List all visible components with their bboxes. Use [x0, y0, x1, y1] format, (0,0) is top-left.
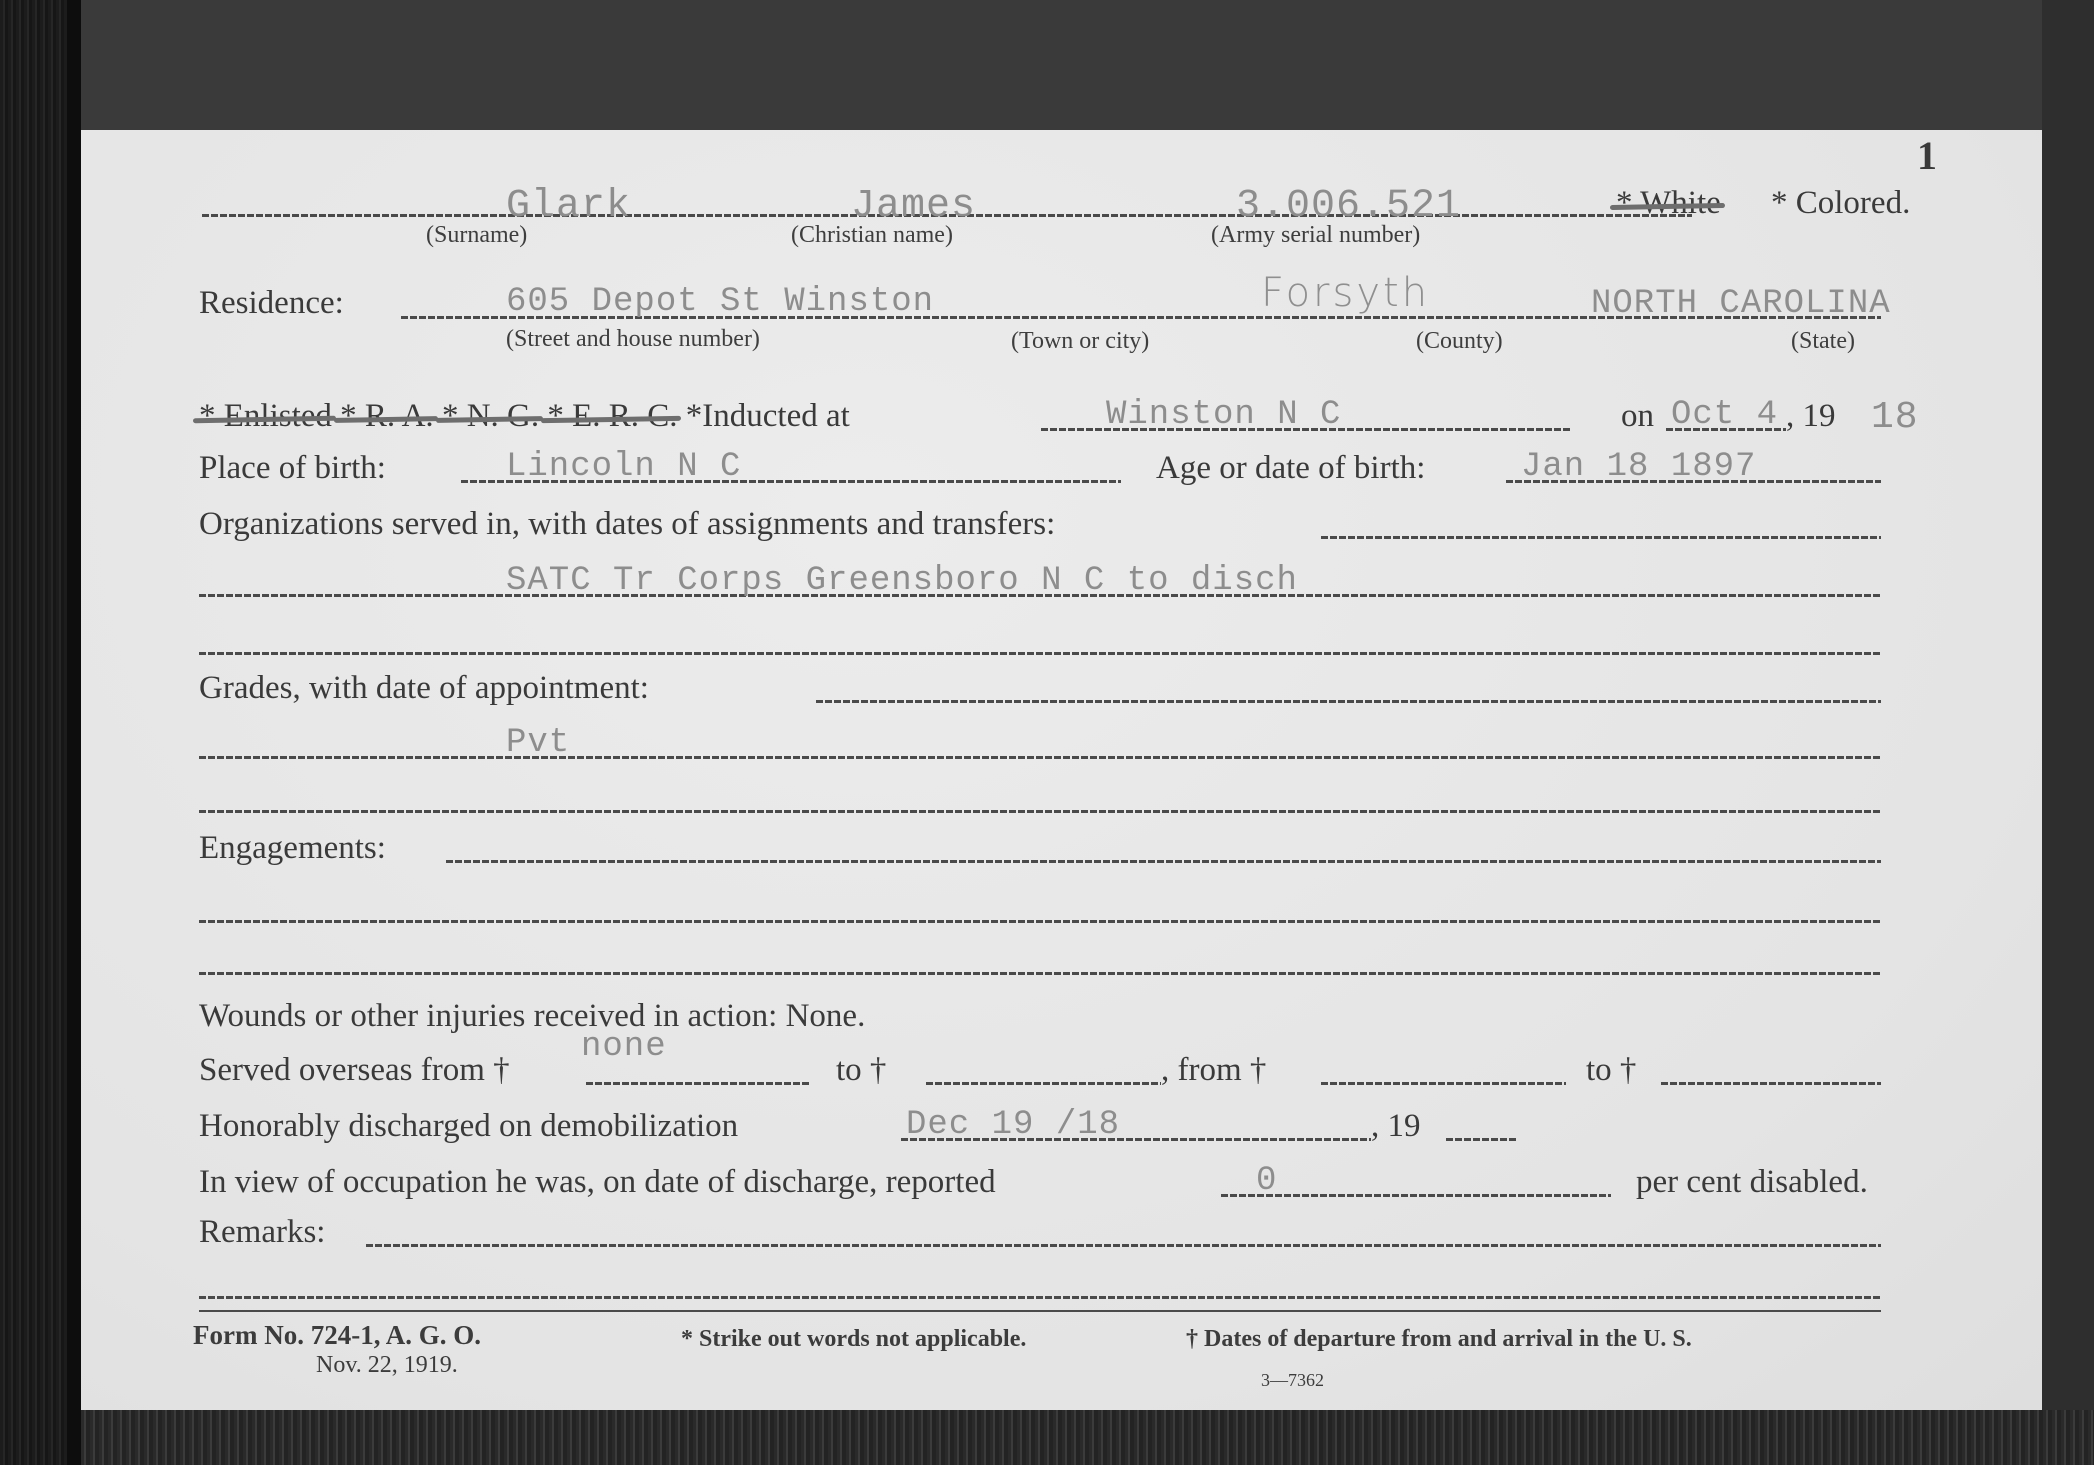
- dagger-note: † Dates of departure from and arrival in…: [1186, 1326, 1692, 1353]
- enlistment-row: * Enlisted * R. A. * N. G. * E. R. C. *I…: [199, 398, 850, 435]
- county-label: (County): [1416, 328, 1503, 355]
- organizations-value: SATC Tr Corps Greensboro N C to disch: [506, 562, 1298, 600]
- wounds-label: Wounds or other injuries received in act…: [199, 998, 865, 1035]
- inducted-at-value: Winston N C: [1106, 396, 1341, 434]
- race-white-option: * White: [1616, 185, 1721, 222]
- discharge-year-line: [1446, 1138, 1518, 1141]
- disability-line: [1221, 1194, 1611, 1197]
- state-label: (State): [1791, 328, 1855, 355]
- engagements-line-3: [199, 972, 1881, 975]
- induction-year-value: 18: [1871, 396, 1919, 439]
- on-label: on: [1621, 398, 1654, 435]
- page-number: 1: [1917, 132, 1937, 179]
- date-of-birth-value: Jan 18 1897: [1521, 448, 1756, 486]
- grades-line-3: [199, 810, 1881, 813]
- overseas-to2-label: to †: [1586, 1052, 1636, 1089]
- residence-state-value: NORTH CAROLINA: [1591, 285, 1891, 323]
- discharge-date-value: Dec 19 /18: [906, 1106, 1120, 1144]
- erc-option: * E. R. C.: [547, 398, 677, 434]
- footer-rule: [199, 1310, 1881, 1312]
- overseas-from2-line: [1321, 1082, 1566, 1085]
- overseas-label: Served overseas from †: [199, 1052, 510, 1089]
- serial-number-label: (Army serial number): [1211, 222, 1420, 249]
- strike-note: * Strike out words not applicable.: [681, 1326, 1026, 1353]
- discharge-label: Honorably discharged on demobilization: [199, 1108, 738, 1145]
- scanner-background-left: [0, 0, 67, 1465]
- overseas-from-line: [586, 1082, 811, 1085]
- organizations-line-3: [199, 652, 1881, 655]
- grades-line-2: [199, 756, 1881, 759]
- disability-value: 0: [1256, 1162, 1277, 1200]
- residence-street-value: 605 Depot St Winston: [506, 283, 934, 321]
- place-of-birth-label: Place of birth:: [199, 450, 386, 487]
- discharge-year-prefix: , 19: [1371, 1108, 1421, 1145]
- service-record-card: 1 Glark (Surname) James (Christian name)…: [81, 130, 2042, 1410]
- overseas-to2-line: [1661, 1082, 1881, 1085]
- place-of-birth-value: Lincoln N C: [506, 448, 741, 486]
- grade-value: Pvt: [506, 724, 570, 762]
- engagements-line-1: [446, 860, 1881, 863]
- induction-date-value: Oct 4: [1671, 396, 1778, 434]
- street-label: (Street and house number): [506, 326, 760, 353]
- year-prefix: , 19: [1786, 398, 1836, 435]
- enlisted-option: * Enlisted: [199, 398, 332, 434]
- engagements-line-2: [199, 920, 1881, 923]
- residence-label: Residence:: [199, 285, 344, 322]
- overseas-from2-label: , from †: [1161, 1052, 1266, 1089]
- inducted-at-label: *Inducted at: [686, 398, 850, 434]
- residence-county-value: Forsyth: [1261, 270, 1430, 316]
- overseas-to-label: to †: [836, 1052, 886, 1089]
- disability-label: In view of occupation he was, on date of…: [199, 1164, 996, 1201]
- form-number: Form No. 724-1, A. G. O.: [193, 1320, 481, 1351]
- form-date: Nov. 22, 1919.: [316, 1352, 458, 1379]
- town-label: (Town or city): [1011, 328, 1149, 355]
- print-code: 3—7362: [1261, 1370, 1324, 1391]
- grades-line-1: [816, 700, 1881, 703]
- scanner-background-right: [2042, 0, 2094, 1465]
- overseas-to-line: [926, 1082, 1161, 1085]
- engagements-label: Engagements:: [199, 830, 386, 867]
- disability-suffix: per cent disabled.: [1636, 1164, 1868, 1201]
- organizations-label: Organizations served in, with dates of a…: [199, 506, 1055, 543]
- ra-option: * R. A.: [340, 398, 434, 434]
- remarks-line-1: [366, 1244, 1881, 1247]
- scanner-background-bottom: [81, 1410, 2094, 1465]
- grades-label: Grades, with date of appointment:: [199, 670, 649, 707]
- race-colored-option: * Colored.: [1771, 185, 1910, 222]
- ng-option: * N. G.: [442, 398, 539, 434]
- surname-label: (Surname): [426, 222, 527, 249]
- remarks-label: Remarks:: [199, 1214, 325, 1251]
- scanner-edge-strip: [67, 0, 81, 1465]
- christian-name-label: (Christian name): [791, 222, 953, 249]
- overseas-value: none: [581, 1028, 667, 1066]
- remarks-line-2: [199, 1296, 1881, 1299]
- age-label: Age or date of birth:: [1156, 450, 1425, 487]
- organizations-line-1: [1321, 536, 1881, 539]
